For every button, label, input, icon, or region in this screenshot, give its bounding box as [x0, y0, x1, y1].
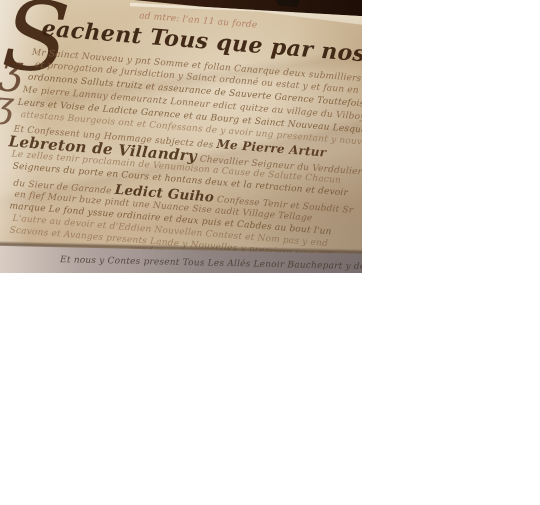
page: ad mtre: l'an 11 au forde S Ʒ ʒ eachent …	[0, 0, 540, 505]
manuscript-photo: ad mtre: l'an 11 au forde S Ʒ ʒ eachent …	[0, 0, 362, 273]
photo-vignette	[0, 0, 362, 273]
